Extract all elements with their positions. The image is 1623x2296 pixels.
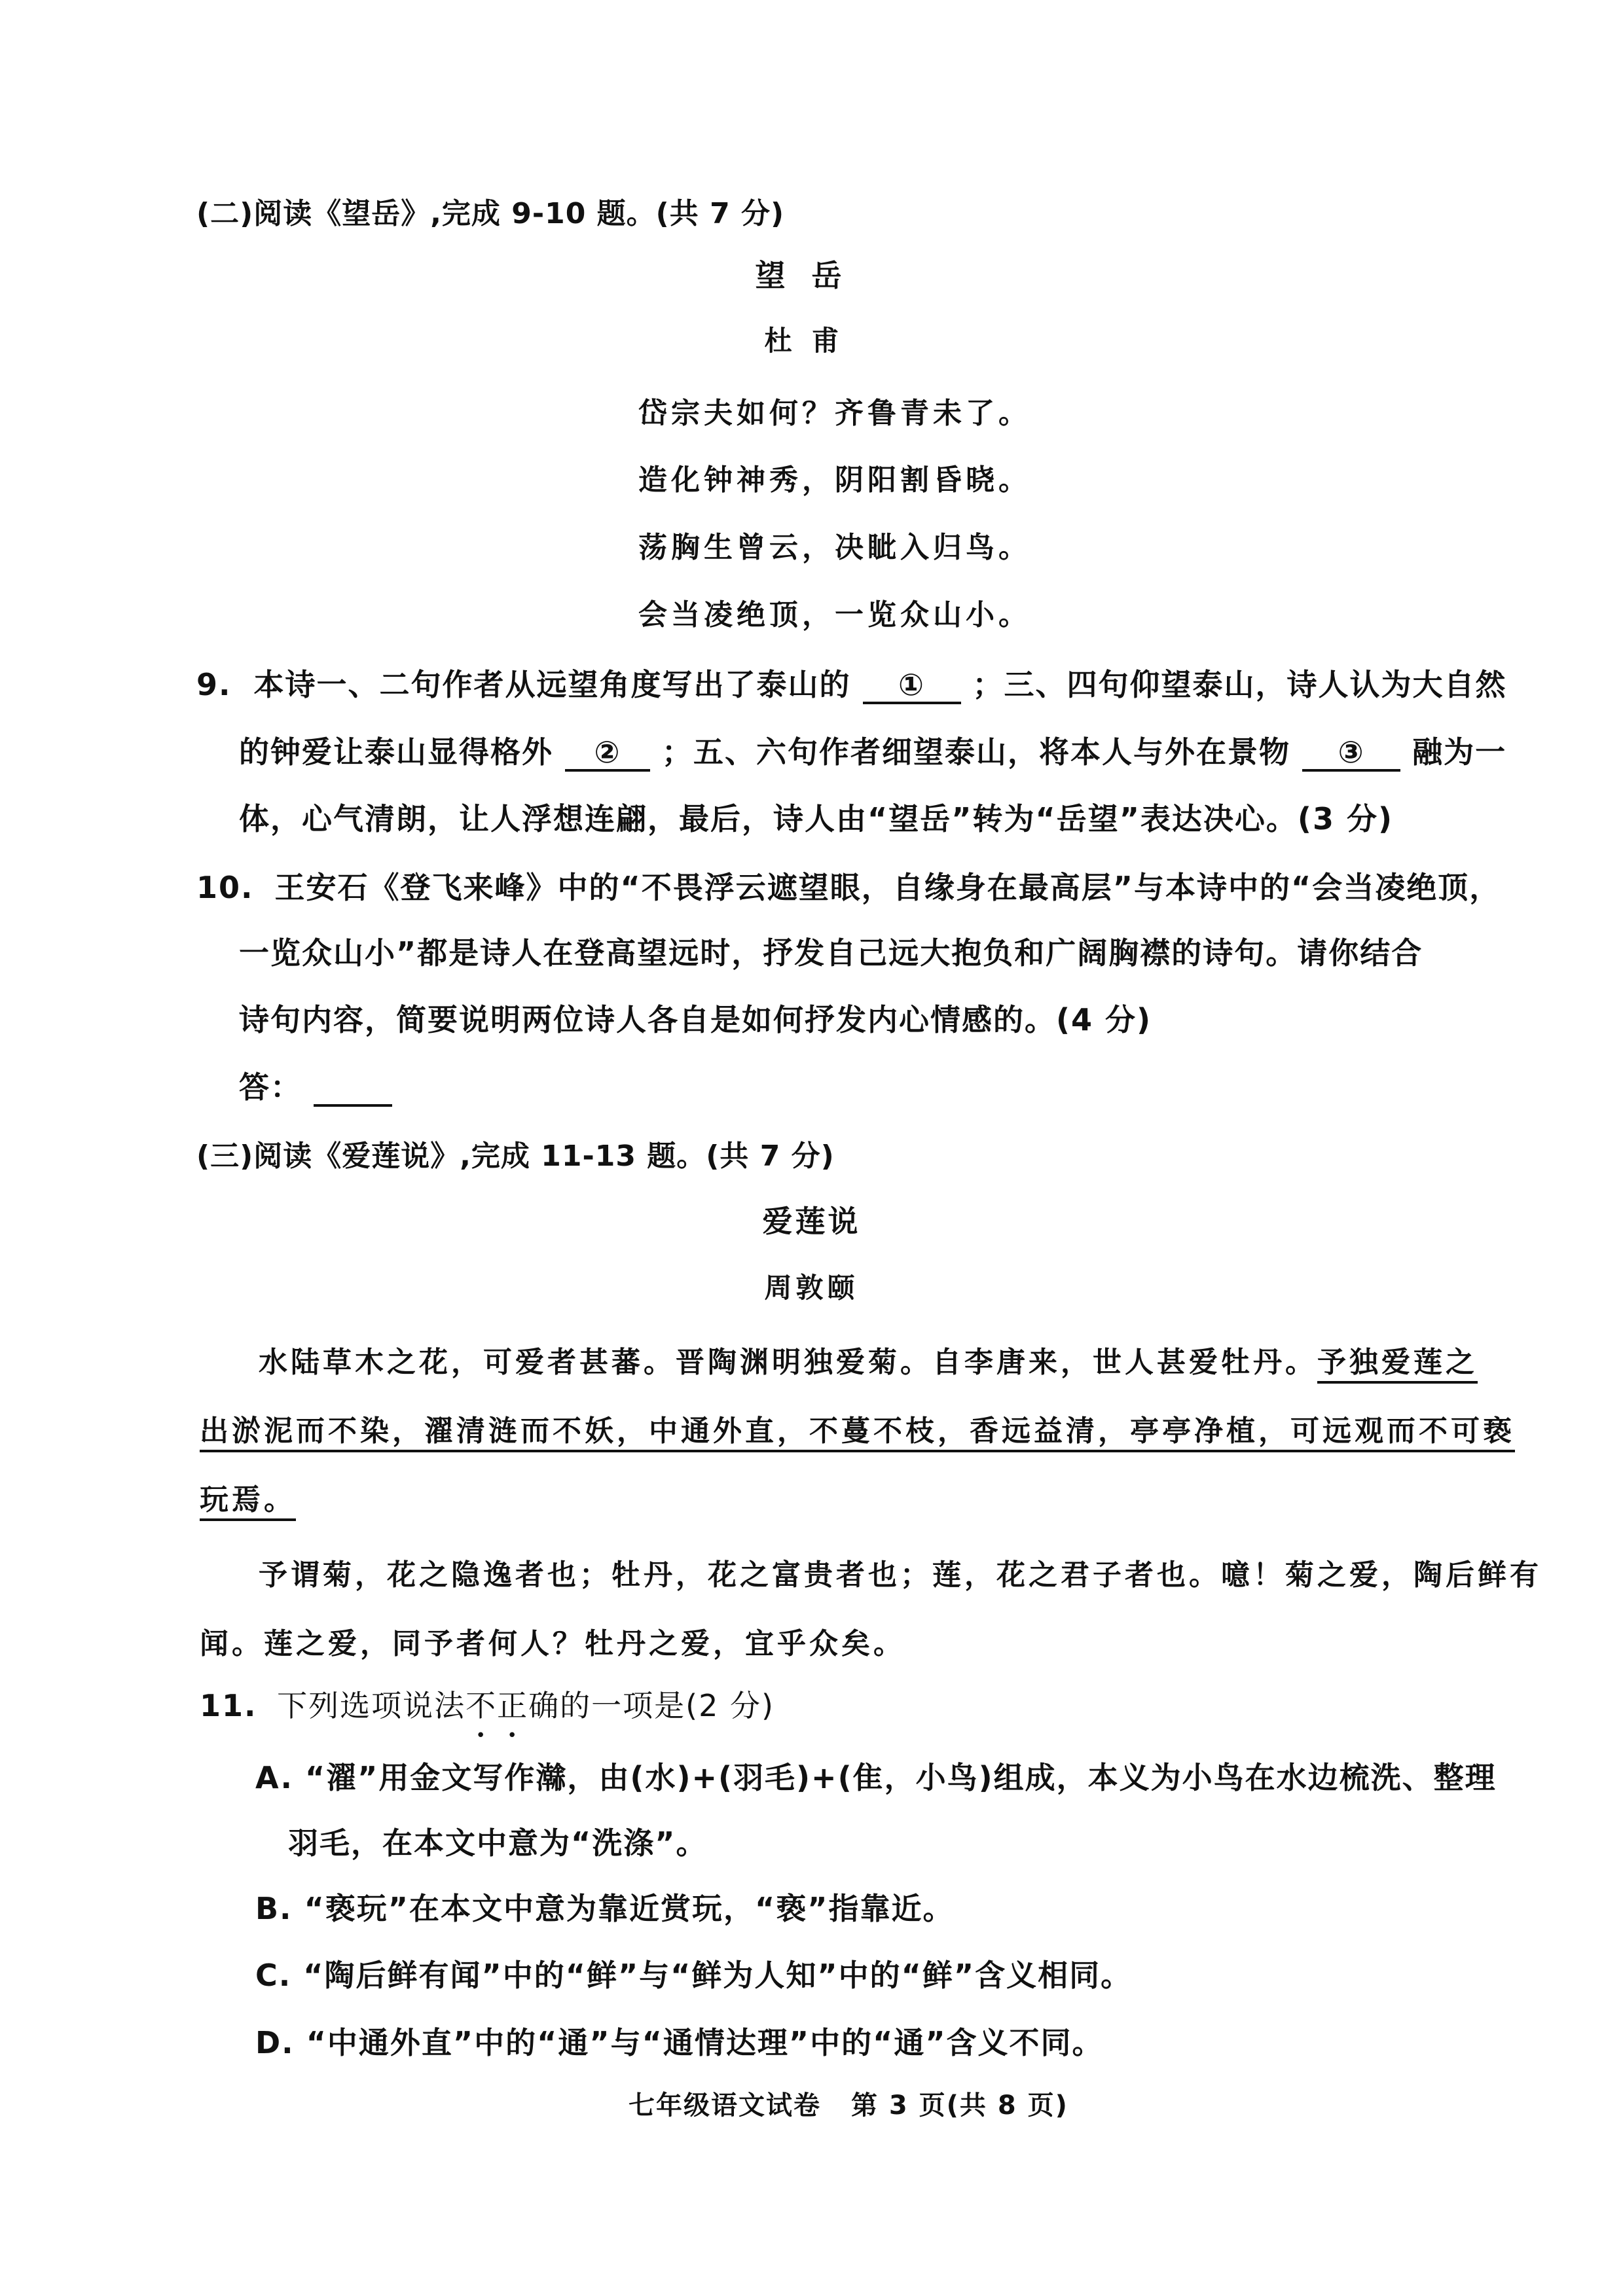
- question-number: 9.: [196, 667, 231, 702]
- option-text: “濯”用金文写作𤃬，由(水)+(羽毛)+(隹，小鸟)组成，本义为小鸟在水边梳洗、…: [305, 1760, 1497, 1795]
- essay-text: 水陆草木之花，可爱者甚蕃。晋陶渊明独爱菊。自李唐来，世人甚爱牡丹。: [259, 1346, 1317, 1379]
- option-a[interactable]: A. “濯”用金文写作𤃬，由(水)+(羽毛)+(隹，小鸟)组成，本义为小鸟在水边…: [255, 1754, 1497, 1797]
- essay-author: 周敦颐: [0, 1266, 1623, 1306]
- option-label: C.: [255, 1958, 291, 1993]
- underlined-text: 予独爱莲之: [1317, 1346, 1478, 1379]
- question-9-line-2: 的钟爱让泰山显得格外 ② ；五、六句作者细望泰山，将本人与外在景物 ③ 融为一: [239, 728, 1506, 772]
- question-10-line-1: 10. 王安石《登飞来峰》中的“不畏浮云遮望眼，自缘身在最高层”与本诗中的“会当…: [196, 864, 1501, 907]
- answer-row: 答：: [239, 1064, 392, 1107]
- option-b[interactable]: B. “亵玩”在本文中意为靠近赏玩，“亵”指靠近。: [255, 1885, 955, 1928]
- question-9-line-3: 体，心气清朗，让人浮想连翩，最后，诗人由“望岳”转为“岳望”表达决心。(3 分): [239, 795, 1393, 838]
- option-label: B.: [255, 1891, 293, 1926]
- exam-name: 七年级语文试卷: [629, 2090, 821, 2121]
- question-text: ；五、六句作者细望泰山，将本人与外在景物: [662, 734, 1290, 770]
- emphasis-text: 正: [497, 1688, 528, 1723]
- section-heading-2: (二)阅读《望岳》,完成 9-10 题。(共 7 分): [196, 190, 784, 232]
- question-text: 王安石《登飞来峰》中的“不畏浮云遮望眼，自缘身在最高层”与本诗中的“会当凌绝顶，: [275, 870, 1501, 905]
- question-text: 确的一项是(2 分): [528, 1688, 775, 1723]
- option-text: “亵玩”在本文中意为靠近赏玩，“亵”指靠近。: [304, 1891, 955, 1926]
- question-number: 11.: [200, 1688, 257, 1723]
- question-text: 下列选项说法: [277, 1688, 465, 1723]
- fill-blank-1[interactable]: ①: [863, 668, 961, 704]
- question-text: 的钟爱让泰山显得格外: [239, 734, 553, 770]
- essay-paragraph-1-line-2: 出淤泥而不染，濯清涟而不妖，中通外直，不蔓不枝，香远益清，亭亭净植，可远观而不可…: [200, 1407, 1515, 1449]
- poem-author: 杜甫: [0, 319, 1623, 359]
- page-number: 第 3 页(共 8 页): [851, 2090, 1068, 2121]
- essay-paragraph-2-line-1: 予谓菊，花之隐逸者也；牡丹，花之富贵者也；莲，花之君子者也。噫！菊之爱，陶后鲜有: [259, 1551, 1542, 1593]
- answer-field[interactable]: [314, 1075, 392, 1107]
- essay-paragraph-1-line-1: 水陆草木之花，可爱者甚蕃。晋陶渊明独爱菊。自李唐来，世人甚爱牡丹。予独爱莲之: [259, 1338, 1478, 1380]
- option-d[interactable]: D. “中通外直”中的“通”与“通情达理”中的“通”含义不同。: [255, 2019, 1104, 2062]
- emphasis-text: 不: [465, 1688, 497, 1723]
- fill-blank-2[interactable]: ②: [565, 736, 650, 772]
- option-a-continued: 羽毛，在本文中意为“洗涤”。: [288, 1820, 707, 1863]
- question-text: 融为一: [1412, 734, 1506, 770]
- poem-title: 望岳: [0, 252, 1623, 295]
- question-11-stem: 11. 下列选项说法不正确的一项是(2 分): [200, 1682, 775, 1725]
- poem-line-1: 岱宗夫如何？齐鲁青未了。: [638, 389, 1031, 431]
- option-label: D.: [255, 2025, 295, 2060]
- question-10-line-2: 一览众山小”都是诗人在登高望远时，抒发自己远大抱负和广阔胸襟的诗句。请你结合: [239, 929, 1423, 973]
- question-number: 10.: [196, 870, 254, 905]
- poem-line-3: 荡胸生曾云，决眦入归鸟。: [638, 524, 1031, 565]
- question-text: ；三、四句仰望泰山，诗人认为大自然: [973, 667, 1507, 702]
- page-footer: 七年级语文试卷 第 3 页(共 8 页): [629, 2085, 1068, 2122]
- option-label: A.: [255, 1760, 293, 1795]
- fill-blank-3[interactable]: ③: [1302, 736, 1400, 772]
- poem-line-2: 造化钟神秀，阴阳割昏晓。: [638, 456, 1031, 498]
- section-heading-3: (三)阅读《爱莲说》,完成 11-13 题。(共 7 分): [196, 1132, 835, 1174]
- question-text: 本诗一、二句作者从远望角度写出了泰山的: [254, 667, 851, 702]
- option-c[interactable]: C. “陶后鲜有闻”中的“鲜”与“鲜为人知”中的“鲜”含义相同。: [255, 1952, 1132, 1995]
- option-text: “中通外直”中的“通”与“通情达理”中的“通”含义不同。: [306, 2025, 1104, 2060]
- answer-label: 答：: [239, 1069, 302, 1105]
- question-9-line-1: 9. 本诗一、二句作者从远望角度写出了泰山的 ① ；三、四句仰望泰山，诗人认为大…: [196, 661, 1507, 704]
- essay-paragraph-1-line-3: 玩焉。: [200, 1476, 296, 1518]
- poem-line-4: 会当凌绝顶，一览众山小。: [638, 591, 1031, 633]
- essay-paragraph-2-line-2: 闻。莲之爱，同予者何人？牡丹之爱，宜乎众矣。: [200, 1620, 905, 1662]
- option-text: “陶后鲜有闻”中的“鲜”与“鲜为人知”中的“鲜”含义相同。: [303, 1958, 1132, 1993]
- essay-title: 爱莲说: [0, 1198, 1623, 1241]
- question-10-line-3: 诗句内容，简要说明两位诗人各自是如何抒发内心情感的。(4 分): [239, 996, 1152, 1039]
